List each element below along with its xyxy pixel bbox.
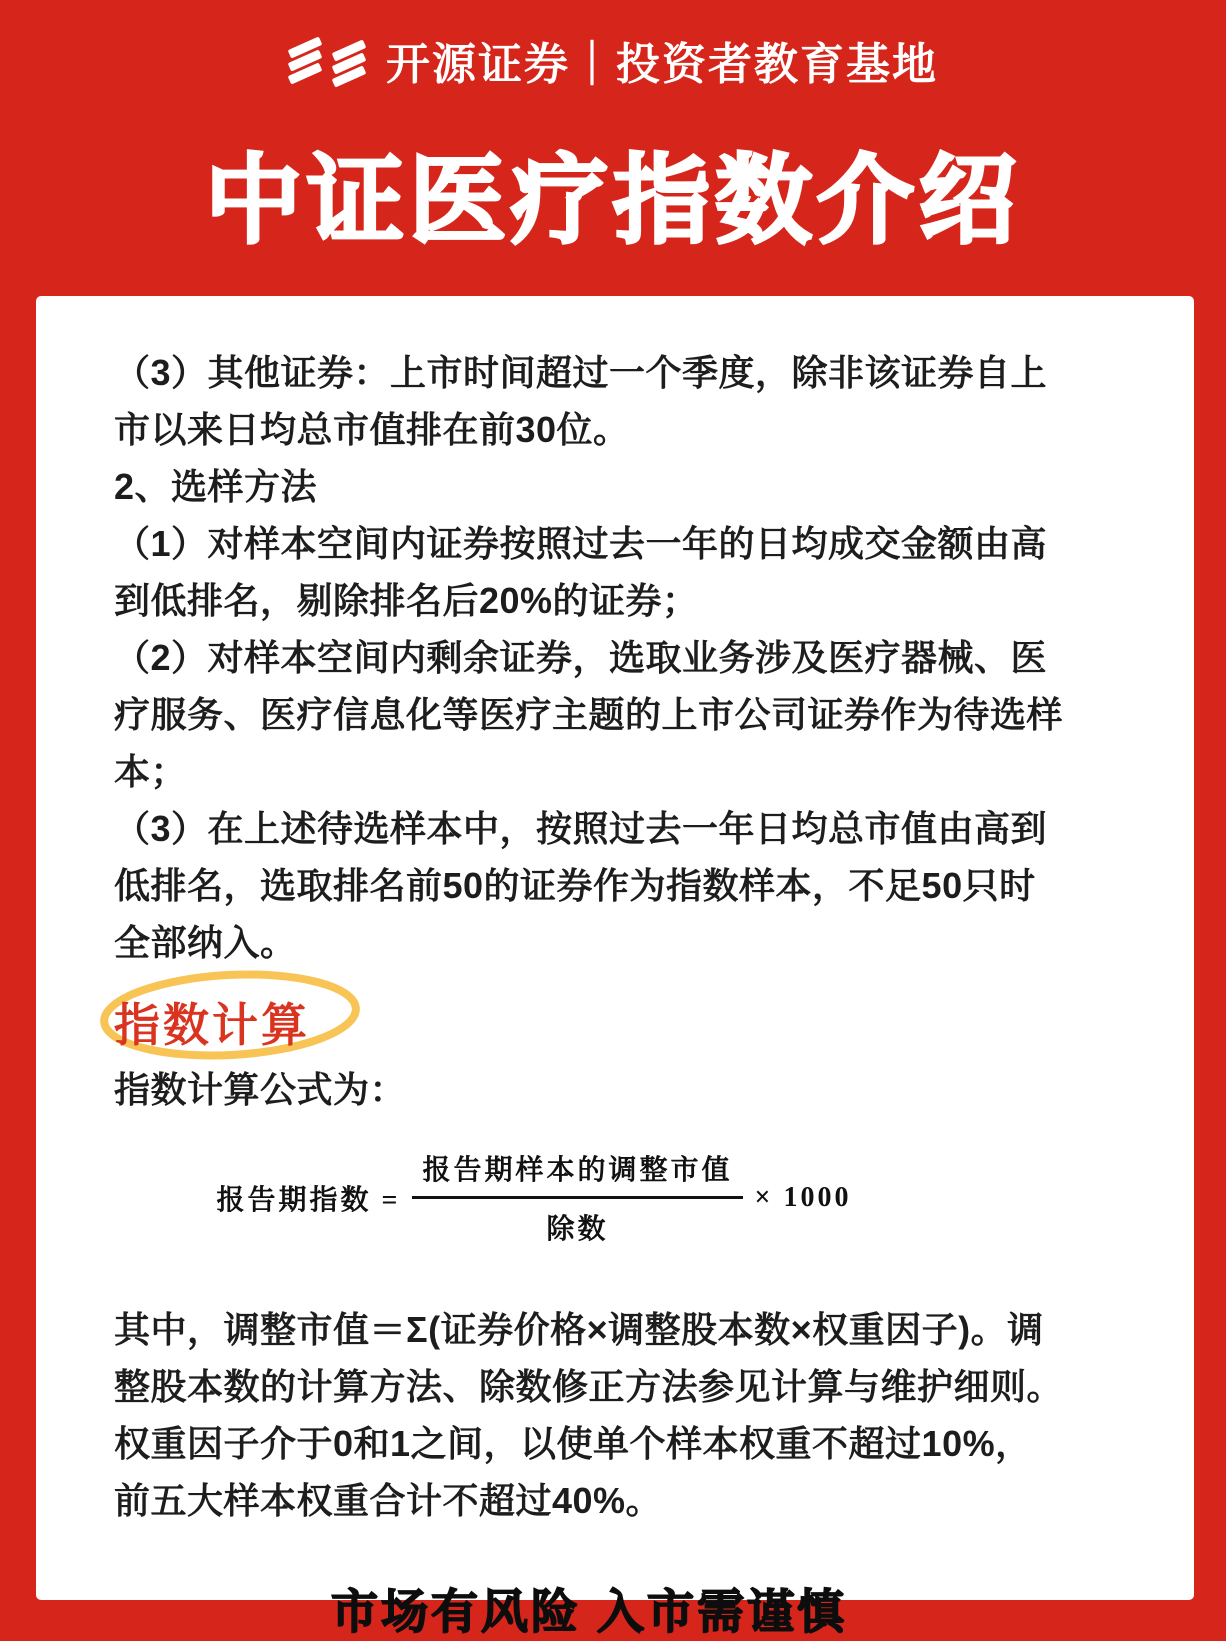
formula-fraction: 报告期样本的调整市值 除数 — [412, 1148, 742, 1247]
brand-header: 开源证券｜投资者教育基地 — [0, 28, 1226, 92]
poster-title: 中证医疗指数介绍 — [0, 122, 1226, 262]
formula-denominator: 除数 — [546, 1199, 608, 1247]
paragraph-step-1: （1）对样本空间内证券按照过去一年的日均成交金额由高到低排名，剔除排名后20%的… — [114, 515, 1064, 629]
index-formula: 报告期指数 = 报告期样本的调整市值 除数 × 1000 — [59, 1148, 1009, 1247]
risk-disclaimer: 市场有风险 入市需谨慎 — [114, 1575, 1064, 1641]
formula-numerator: 报告期样本的调整市值 — [412, 1148, 742, 1199]
poster-page: { "brand": { "text": "开源证券｜投资者教育基地" }, "… — [0, 0, 1232, 1641]
page-edge-strip — [1226, 0, 1232, 1641]
logo-stripes-right — [332, 46, 366, 81]
section-badge-index-calculation: 指数计算 — [114, 979, 414, 1051]
formula-lhs: 报告期指数 = — [217, 1178, 401, 1218]
formula-intro: 指数计算公式为： — [114, 1061, 1064, 1118]
section-badge-label: 指数计算 — [114, 989, 310, 1055]
paragraph-step-3: （3）在上述待选样本中，按照过去一年日均总市值由高到低排名，选取排名前50的证券… — [114, 800, 1064, 971]
content-card: （3）其他证券：上市时间超过一个季度，除非该证券自上市以来日均总市值排在前30位… — [36, 296, 1194, 1600]
paragraph-formula-explanation: 其中，调整市值＝Σ(证券价格×调整股本数×权重因子)。调整股本数的计算方法、除数… — [114, 1301, 1064, 1529]
paragraph-other-securities: （3）其他证券：上市时间超过一个季度，除非该证券自上市以来日均总市值排在前30位… — [114, 344, 1064, 458]
formula-rhs: × 1000 — [755, 1182, 852, 1214]
brand-text: 开源证券｜投资者教育基地 — [386, 28, 938, 92]
logo-stripes-left — [288, 43, 322, 78]
paragraph-step-2: （2）对样本空间内剩余证券，选取业务涉及医疗器械、医疗服务、医疗信息化等医疗主题… — [114, 629, 1064, 800]
paragraph-selection-method-heading: 2、选样方法 — [114, 458, 1064, 515]
kaiyuan-securities-logo-icon — [288, 28, 366, 92]
